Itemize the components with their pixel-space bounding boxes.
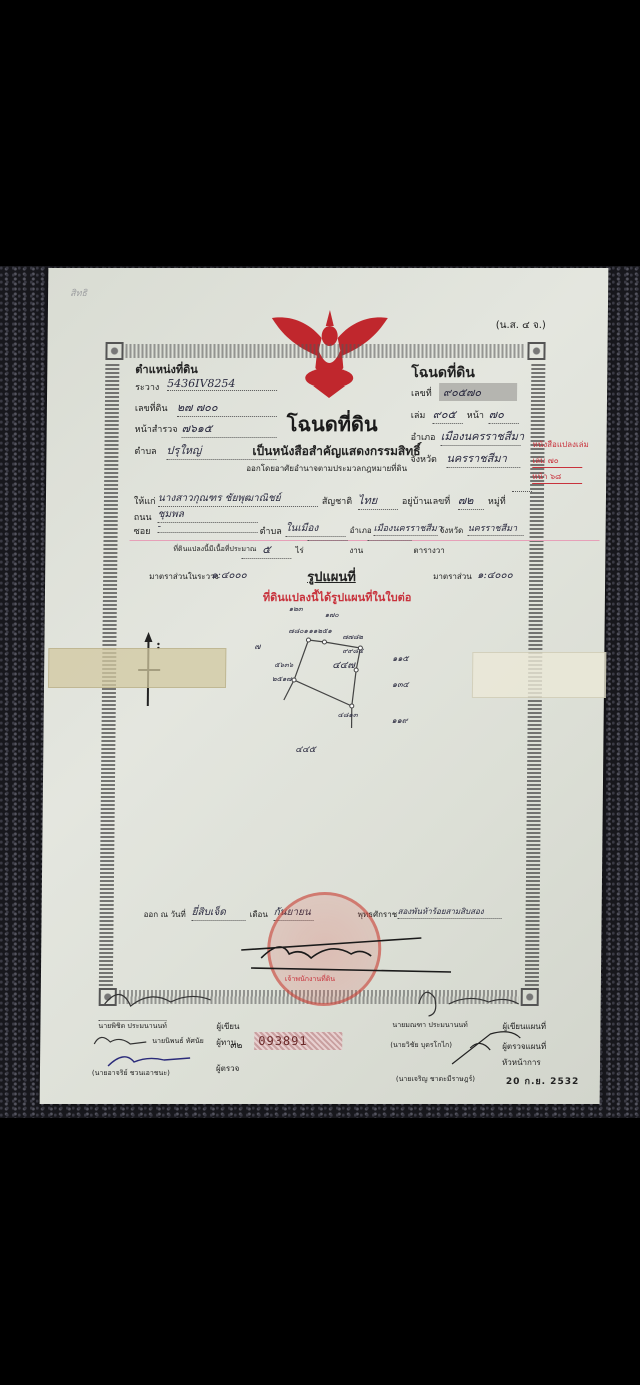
map-marker: ๒๕๑๗ (272, 674, 292, 685)
owner-tambon-label: ตำบล (260, 524, 282, 538)
amphoe-label: อำเภอ (411, 430, 436, 444)
address-label: อยู่บ้านเลขที่ (402, 494, 450, 508)
wa-label: ตารางวา (413, 544, 445, 557)
map-marker: ๑๑๒๕๑ (309, 626, 332, 637)
map-marker: ๕๖๓๖ (274, 660, 293, 671)
rawang-scale-label: มาตราส่วนในระวาง (149, 570, 219, 583)
moo-label: หมู่ที่ (488, 494, 506, 508)
corner-ornament (527, 342, 545, 360)
neighbor-parcel: ๑๑๙ (392, 714, 408, 727)
right-heading: โฉนดที่ดิน (411, 362, 475, 384)
map-marker: ๗๘๐๑ (289, 626, 309, 637)
stamp-line-3: หน้า ๖๘ (532, 470, 582, 484)
neighbor-parcel: ๑๓๔ (392, 678, 409, 691)
deed-number-label: เลขที่ (411, 386, 432, 400)
land-location-heading: ตำแหน่งที่ดิน (135, 360, 198, 378)
page-value: ๗๐ (489, 405, 519, 424)
serial-prefix: ๓๒ (230, 1038, 242, 1052)
official-name: นายนิพนธ์ ทัศนัย (152, 1036, 204, 1047)
official-name: (นายเจริญ ชาตะมีราษฎร์) (396, 1074, 475, 1085)
official-role: ผู้เขียน (216, 1020, 239, 1033)
area-ngan-value (308, 540, 348, 541)
page-label: หน้า (467, 408, 484, 422)
official-name: (นายวิชัย บุตรโกไก) (390, 1040, 452, 1051)
seal-text: เจ้าพนักงานที่ดิน (285, 974, 335, 985)
neighbor-parcel: ๗ (254, 640, 260, 653)
neighbor-parcel: ๔๔๕ (295, 742, 316, 756)
official-role: หัวหน้าการ (502, 1056, 541, 1069)
address-no-value: ๗๒ (458, 491, 484, 510)
rawang-scale-value: ๑:๔๐๐๐ (211, 568, 247, 583)
corner-pencil-note: สิทธิ (70, 286, 87, 300)
road-label: ถนน (134, 510, 152, 524)
adhesive-tape-right (472, 652, 606, 698)
province-value: นครราชสีมา (446, 449, 520, 468)
ngan-label: งาน (349, 544, 363, 557)
area-rai-value: ๕ (241, 540, 291, 559)
owner-amphoe-value: เมืองนครราชสีมา (374, 521, 438, 536)
corner-ornament (105, 342, 123, 360)
land-no-value: ๒๗ ๗๐๐ (177, 398, 277, 417)
map-heading: รูปแผนที่ (307, 566, 356, 587)
issued-by-text: ออกโดยอาศัยอำนาจตามประมวลกฎหมายที่ดิน (246, 462, 407, 475)
pink-divider-line (130, 540, 600, 541)
owner-province-label: จังหวัด (440, 524, 464, 537)
tambon-label: ตำบล (134, 444, 156, 458)
rai-label: ไร่ (295, 544, 303, 557)
signature-map-writer (409, 984, 529, 1020)
book-label: เล่ม (411, 408, 426, 422)
parcel-number: ๔๔๗ (332, 658, 355, 673)
book-value: ๙๐๕ (433, 405, 463, 424)
adhesive-tape-left (48, 648, 226, 688)
serial-number: 093891 (254, 1032, 342, 1050)
deed-title: โฉนดที่ดิน (287, 408, 378, 440)
official-role: ผู้ตรวจ (216, 1062, 239, 1075)
issue-day: ยี่สิบเจ็ด (192, 905, 246, 921)
to-label: ให้แก่ (134, 494, 156, 508)
survey-page-value: ๗๖๑๕ (182, 419, 277, 438)
neighbor-parcel: ๑๗๐ (325, 610, 339, 621)
soi-label: ซอย (134, 524, 151, 538)
map-marker: ๔๘๑๓ (338, 710, 358, 721)
map-scale-label: มาตราส่วน (433, 570, 472, 583)
issue-year: สองพันห้าร้อยสามสิบสอง (398, 905, 502, 919)
deed-subtitle: เป็นหนังสือสำคัญแสดงกรรมสิทธิ์ (252, 442, 420, 461)
neighbor-parcel: ๑๒๓ (289, 604, 303, 615)
owner-province-value: นครราชสีมา (468, 521, 524, 536)
land-no-label: เลขที่ดิน (135, 401, 168, 415)
soi-value: - (158, 521, 258, 533)
form-code: (น.ส. ๔ จ.) (496, 318, 546, 333)
map-red-note: ที่ดินแปลงนี้ได้รูปแผนที่ในใบต่อ (263, 588, 412, 606)
survey-page-label: หน้าสำรวจ (135, 422, 178, 436)
owner-name: นางสาวกุณฑร ชัยพุฒาณิชย์ (158, 491, 318, 507)
signature-writer (101, 984, 221, 1014)
nationality-value: ไทย (358, 491, 398, 510)
owner-tambon-value: ในเมือง (286, 521, 346, 537)
neighbor-parcel: ๑๑๕ (392, 652, 408, 665)
area-wa-value (368, 540, 412, 541)
rawang-value: 5436IV8254 (167, 377, 277, 391)
map-marker: ๙๙๘๔ (342, 646, 363, 657)
owner-amphoe-label: อำเภอ (350, 524, 372, 537)
given-label: ออก ณ วันที่ (144, 908, 186, 921)
province-label: จังหวัด (410, 452, 437, 466)
moo-value (512, 491, 532, 492)
amphoe-value: เมืองนครราชสีมา (441, 427, 521, 446)
map-scale-value: ๑:๔๐๐๐ (477, 568, 513, 583)
map-marker: ๗๗๘๒ (342, 632, 363, 643)
land-title-deed: สิทธิ (น.ส. ๔ จ.) ตำแหน่งที่ดิน ระวาง 54… (40, 268, 609, 1104)
month-label: เดือน (250, 908, 268, 921)
stamp-line-1: หนังสือแปลงเล่ม (532, 438, 588, 451)
official-name: (นายอาจริย์ ชวนเอาชนะ) (92, 1068, 170, 1079)
stamp-line-2: เล่ม ๗๐ (532, 454, 582, 468)
deed-number-value: ๙๐๕๗๐ (439, 383, 517, 401)
rawang-label: ระวาง (135, 380, 159, 394)
stamp-date: 20 ก.ย. 2532 (506, 1074, 580, 1088)
officer-signature (241, 928, 462, 978)
nationality-label: สัญชาติ (322, 494, 352, 508)
top-border (125, 344, 525, 358)
